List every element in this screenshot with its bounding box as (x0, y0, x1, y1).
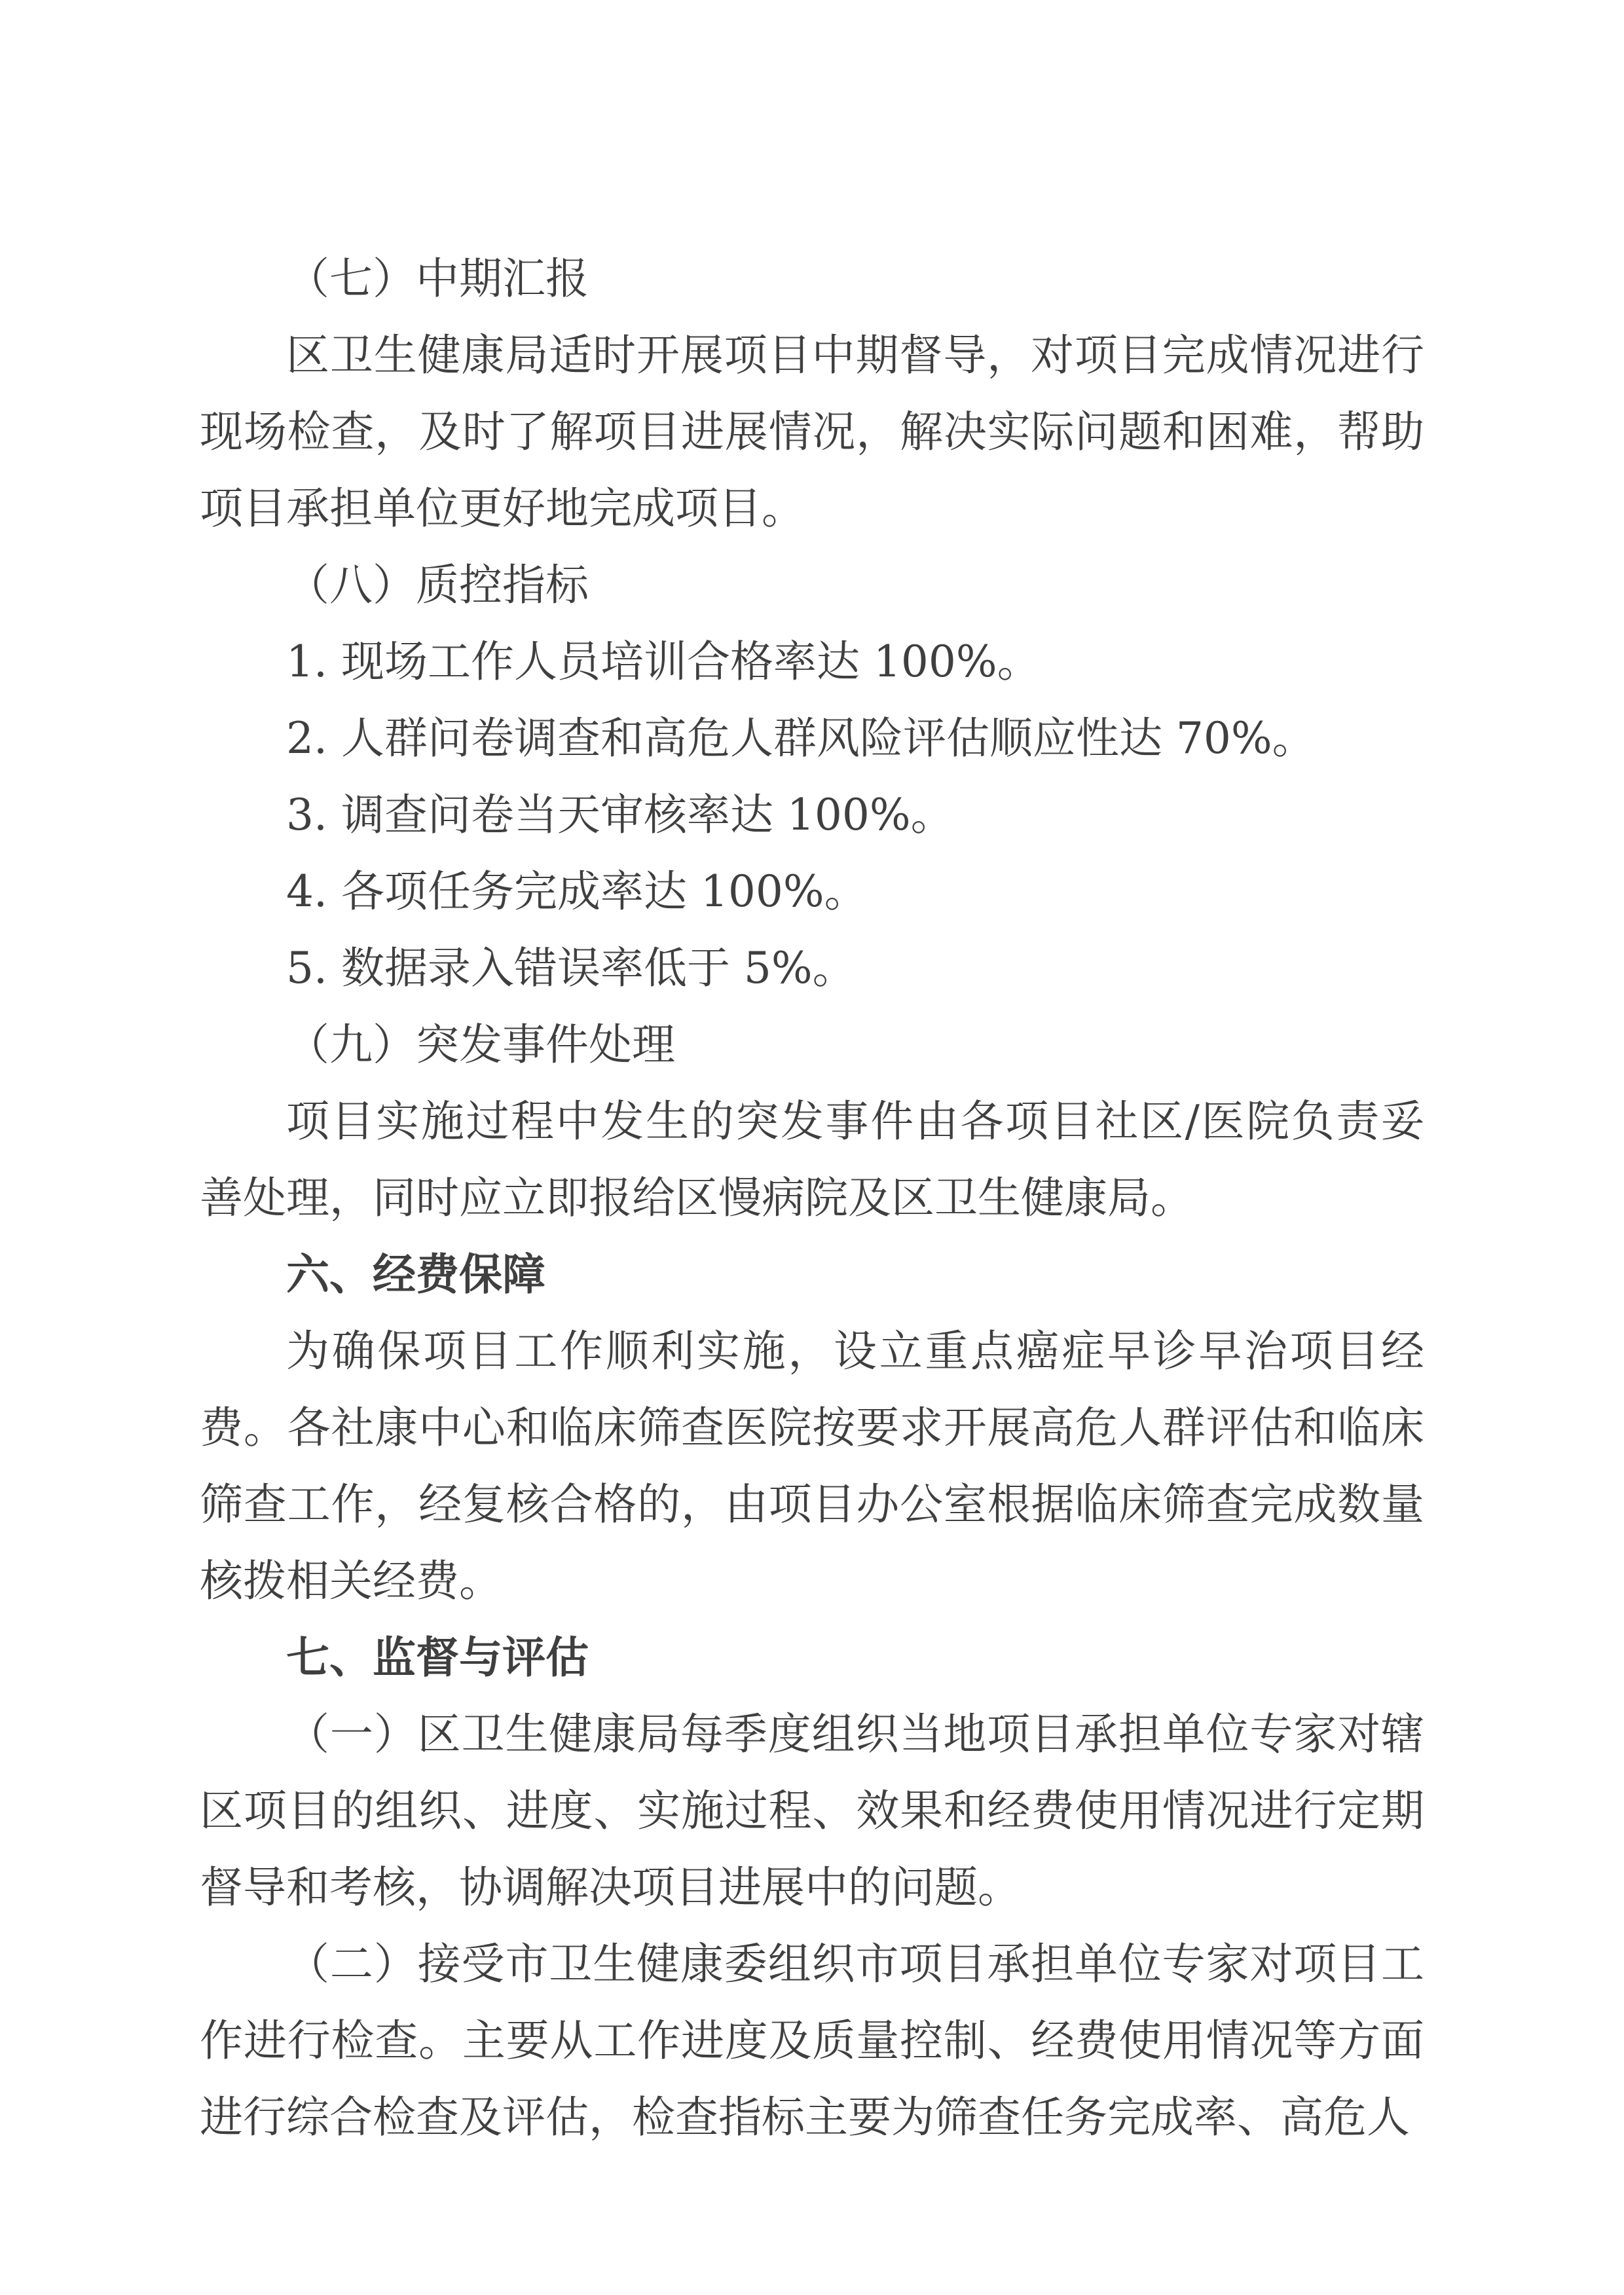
section-heading-8: （八）质控指标 (200, 547, 1424, 623)
paragraph-supervision-2: （二）接受市卫生健康委组织市项目承担单位专家对项目工作进行检查。主要从工作进度及… (200, 1926, 1424, 2156)
qc-indicator-item-5: 5. 数据录入错误率低于 5%。 (200, 930, 1424, 1006)
chapter-heading-6-funding: 六、经费保障 (200, 1236, 1424, 1313)
qc-indicator-item-3: 3. 调查问卷当天审核率达 100%。 (200, 777, 1424, 853)
paragraph-emergency: 项目实施过程中发生的突发事件由各项目社区/医院负责妥善处理，同时应立即报给区慢病… (200, 1083, 1424, 1236)
qc-indicator-item-2: 2. 人群问卷调查和高危人群风险评估顺应性达 70%。 (200, 700, 1424, 777)
chapter-heading-7-supervision: 七、监督与评估 (200, 1619, 1424, 1696)
paragraph-funding: 为确保项目工作顺利实施，设立重点癌症早诊早治项目经费。各社康中心和临床筛查医院按… (200, 1313, 1424, 1619)
section-heading-9: （九）突发事件处理 (200, 1006, 1424, 1083)
document-body: （七）中期汇报 区卫生健康局适时开展项目中期督导，对项目完成情况进行现场检查，及… (200, 240, 1424, 2156)
qc-indicator-item-1: 1. 现场工作人员培训合格率达 100%。 (200, 623, 1424, 700)
paragraph-supervision-1: （一）区卫生健康局每季度组织当地项目承担单位专家对辖区项目的组织、进度、实施过程… (200, 1696, 1424, 1926)
qc-indicator-item-4: 4. 各项任务完成率达 100%。 (200, 853, 1424, 930)
section-heading-7: （七）中期汇报 (200, 240, 1424, 317)
paragraph-midterm-report: 区卫生健康局适时开展项目中期督导，对项目完成情况进行现场检查，及时了解项目进展情… (200, 317, 1424, 547)
document-page: （七）中期汇报 区卫生健康局适时开展项目中期督导，对项目完成情况进行现场检查，及… (0, 0, 1624, 2295)
